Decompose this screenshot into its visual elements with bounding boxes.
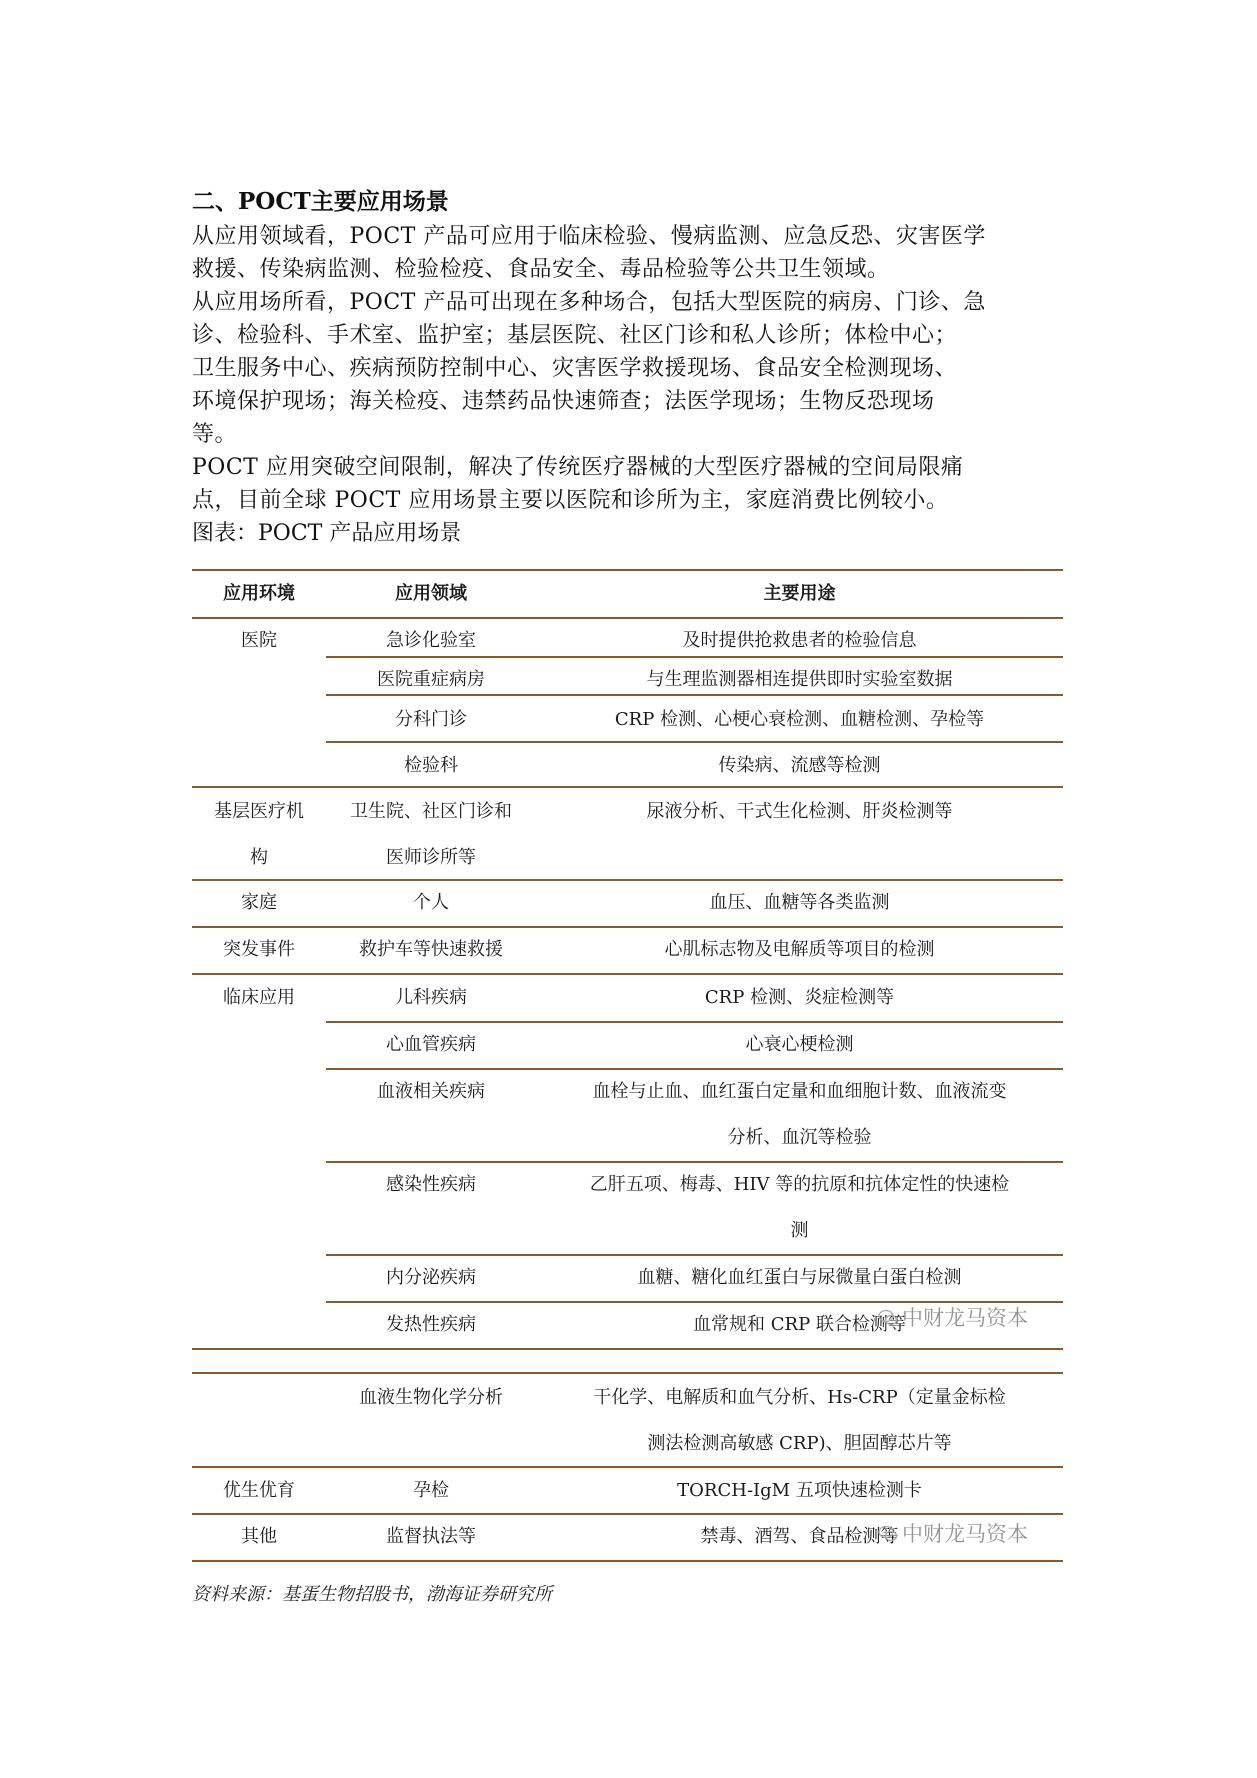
header-field: 应用领域	[326, 571, 536, 617]
paragraph-line: 环境保护现场；海关检疫、违禁药品快速筛查；法医学现场；生物反恐现场	[192, 385, 1072, 418]
cell-field: 心血管疾病	[326, 1022, 536, 1068]
cell-use: TORCH-IgM 五项快速检测卡	[536, 1468, 1063, 1514]
paragraph-line: POCT 应用突破空间限制，解决了传统医疗器械的大型医疗器械的空间局限痛	[192, 451, 1072, 484]
paragraph-line: 卫生服务中心、疾病预防控制中心、灾害医学救援现场、食品安全检测现场、	[192, 352, 1072, 385]
cell-field: 救护车等快速救援	[326, 927, 536, 973]
cell-env: 突发事件	[192, 927, 326, 973]
cell-field: 发热性疾病	[326, 1302, 536, 1348]
table-bottom-rule	[192, 1560, 1063, 1562]
cell-use: 测	[536, 1208, 1063, 1254]
cell-field: 感染性疾病	[326, 1162, 536, 1208]
cell-use: 血栓与止血、血红蛋白定量和血细胞计数、血液流变	[536, 1069, 1063, 1115]
header-use: 主要用途	[536, 571, 1063, 617]
cell-field: 血液相关疾病	[326, 1069, 536, 1115]
watermark-text: 中财龙马资本	[902, 1306, 1028, 1330]
cell-field: 个人	[326, 880, 536, 926]
row-rule	[192, 786, 1063, 788]
cell-env: 优生优育	[192, 1468, 326, 1514]
cell-use: 心肌标志物及电解质等项目的检测	[536, 927, 1063, 973]
cell-env: 家庭	[192, 880, 326, 926]
cell-use: 乙肝五项、梅毒、HIV 等的抗原和抗体定性的快速检	[536, 1162, 1063, 1208]
paragraph-line: 从应用领域看，POCT 产品可应用于临床检验、慢病监测、应急反恐、灾害医学	[192, 220, 1072, 253]
cell-use: CRP 检测、炎症检测等	[536, 975, 1063, 1021]
paragraph-line: 救援、传染病监测、检验检疫、食品安全、毒品检验等公共卫生领域。	[192, 253, 1072, 286]
watermark-text: 中财龙马资本	[902, 1522, 1028, 1546]
cell-field: 儿科疾病	[326, 975, 536, 1021]
watermark: 中财龙马资本	[878, 1518, 1028, 1548]
cell-use: 尿液分析、干式生化检测、肝炎检测等	[536, 789, 1063, 835]
figure-caption: 图表：POCT 产品应用场景	[192, 517, 1072, 550]
cell-env: 临床应用	[192, 975, 326, 1021]
cell-use: 血压、血糖等各类监测	[536, 880, 1063, 926]
row-rule	[192, 1372, 1063, 1374]
cell-env: 基层医疗机	[192, 789, 326, 835]
cell-field: 内分泌疾病	[326, 1255, 536, 1301]
section-heading: 二、POCT主要应用场景	[192, 184, 1072, 220]
paragraph-line: 点，目前全球 POCT 应用场景主要以医院和诊所为主，家庭消费比例较小。	[192, 484, 1072, 517]
cell-use: 干化学、电解质和血气分析、Hs-CRP（定量金标检	[536, 1375, 1063, 1421]
paragraph-line: 从应用场所看，POCT 产品可出现在多种场合，包括大型医院的病房、门诊、急	[192, 286, 1072, 319]
cell-field: 卫生院、社区门诊和	[326, 789, 536, 835]
cell-use: CRP 检测、心梗心衰检测、血糖检测、孕检等	[536, 697, 1063, 743]
cell-field: 孕检	[326, 1468, 536, 1514]
cell-use: 血糖、糖化血红蛋白与尿微量白蛋白检测	[536, 1255, 1063, 1301]
row-rule	[326, 694, 1063, 696]
cell-field: 检验科	[326, 743, 536, 789]
watermark: 中财龙马资本	[878, 1302, 1028, 1332]
document-body: 二、POCT主要应用场景 从应用领域看，POCT 产品可应用于临床检验、慢病监测…	[192, 184, 1072, 550]
cell-field: 分科门诊	[326, 697, 536, 743]
cell-use: 测法检测高敏感 CRP)、胆固醇芯片等	[536, 1421, 1063, 1467]
source-note: 资料来源：基蛋生物招股书，渤海证券研究所	[192, 1580, 552, 1606]
cell-env: 医院	[192, 618, 326, 664]
row-rule	[192, 1348, 1063, 1350]
cell-use: 心衰心梗检测	[536, 1022, 1063, 1068]
paragraph-line: 等。	[192, 418, 1072, 451]
wechat-icon	[878, 1524, 898, 1542]
cell-field: 监督执法等	[326, 1514, 536, 1560]
cell-env: 构	[192, 835, 326, 881]
cell-env: 其他	[192, 1514, 326, 1560]
wechat-icon	[878, 1308, 898, 1326]
header-env: 应用环境	[192, 571, 326, 617]
paragraph-line: 诊、检验科、手术室、监护室；基层医院、社区门诊和私人诊所；体检中心；	[192, 319, 1072, 352]
cell-field: 医师诊所等	[326, 835, 536, 881]
cell-use: 分析、血沉等检验	[536, 1115, 1063, 1161]
cell-use: 传染病、流感等检测	[536, 743, 1063, 789]
cell-field: 血液生物化学分析	[326, 1375, 536, 1421]
